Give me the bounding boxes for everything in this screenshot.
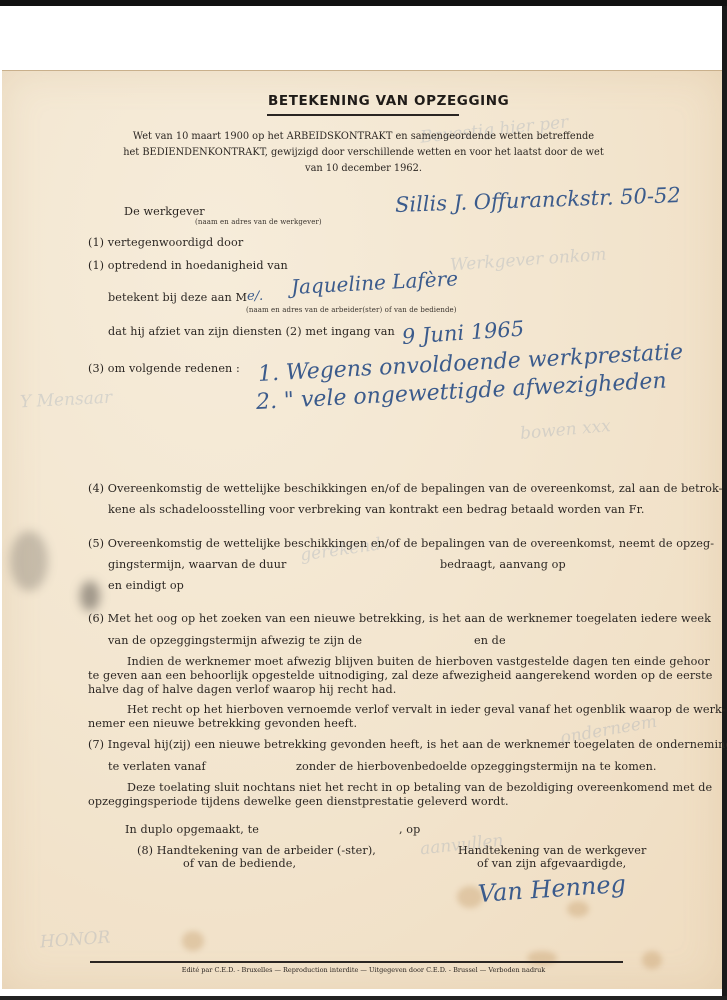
capacity-label: (1) optredend in hoedanigheid van (88, 259, 288, 272)
duplo-date-label: , op (399, 823, 420, 836)
clause-4-line: (4) Overeenkomstig de wettelijke beschik… (88, 482, 723, 495)
worker-signature-label: of van de bediende, (183, 857, 296, 870)
represented-by-label: (1) vertegenwoordigd door (88, 236, 243, 249)
scan-border-top (0, 0, 727, 6)
clause-6-day-label: van de opzeggingstermijn afwezig te zijn… (108, 634, 362, 647)
clause-5-end-label: en eindigt op (108, 579, 184, 592)
notified-to-label: betekent bij deze aan M (108, 291, 247, 304)
clause-6-para: Indien de werknemer moet afwezig blijven… (127, 655, 710, 668)
clause-6-day2-label: en de (474, 634, 506, 647)
reasons-label: (3) om volgende redenen : (88, 362, 240, 375)
title-underline (267, 114, 459, 116)
scan-border-bottom (0, 996, 727, 1000)
stain (182, 931, 204, 951)
footer-rule (90, 961, 623, 963)
subtitle-line: Wet van 10 maart 1900 op het ARBEIDSKONT… (0, 131, 727, 142)
clause-5-start-label: bedraagt, aanvang op (440, 558, 566, 571)
employee-hint: (naam en adres van de arbeider(ster) of … (246, 306, 457, 314)
clause-5-line: (5) Overeenkomstig de wettelijke beschik… (88, 537, 714, 550)
clause-5-duration-label: gingstermijn, waarvan de duur (108, 558, 286, 571)
document-title: BETEKENING VAN OPZEGGING (268, 93, 509, 109)
effective-date-label: dat hij afziet van zijn diensten (2) met… (108, 325, 395, 338)
salutation-handwritten: e/. (247, 289, 263, 304)
duplo-place-label: In duplo opgemaakt, te (125, 823, 259, 836)
clause-6-para: nemer een nieuwe betrekking gevonden hee… (88, 717, 357, 730)
clause-7-line: (7) Ingeval hij(zij) een nieuwe betrekki… (88, 738, 727, 751)
clause-6-para: Het recht op het hierboven vernoemde ver… (127, 703, 726, 716)
clause-7-para: opzeggingsperiode tijdens dewelke geen d… (88, 795, 509, 808)
smudge (80, 581, 100, 611)
employer-label: De werkgever (124, 205, 205, 218)
publisher-footer: Edité par C.E.D. - Bruxelles — Reproduct… (0, 966, 727, 974)
clause-7-leave-label: te verlaten vanaf (108, 760, 206, 773)
clause-4-line: kene als schadeloosstelling voor verbrek… (108, 503, 645, 516)
clause-6-line: (6) Met het oog op het zoeken van een ni… (88, 612, 711, 625)
employer-signature-label: Handtekening van de werkgever (458, 844, 646, 857)
subtitle-line: van 10 december 1962. (0, 163, 727, 174)
worker-signature-label: (8) Handtekening van de arbeider (-ster)… (137, 844, 376, 857)
stain (567, 901, 589, 917)
smudge (10, 531, 48, 591)
clause-6-para: halve dag of halve dagen verlof waarop h… (88, 683, 396, 696)
clause-6-para: te geven aan een behoorlijk opgestelde u… (88, 669, 712, 682)
subtitle-line: het BEDIENDENKONTRAKT, gewijzigd door ve… (0, 147, 727, 158)
employer-hint: (naam en adres van de werkgever) (195, 218, 322, 226)
clause-7-para: Deze toelating sluit nochtans niet het r… (127, 781, 712, 794)
employer-signature-label: of van zijn afgevaardigde, (477, 857, 626, 870)
clause-7-leave-text: zonder de hierbovenbedoelde opzeggingste… (296, 760, 657, 773)
